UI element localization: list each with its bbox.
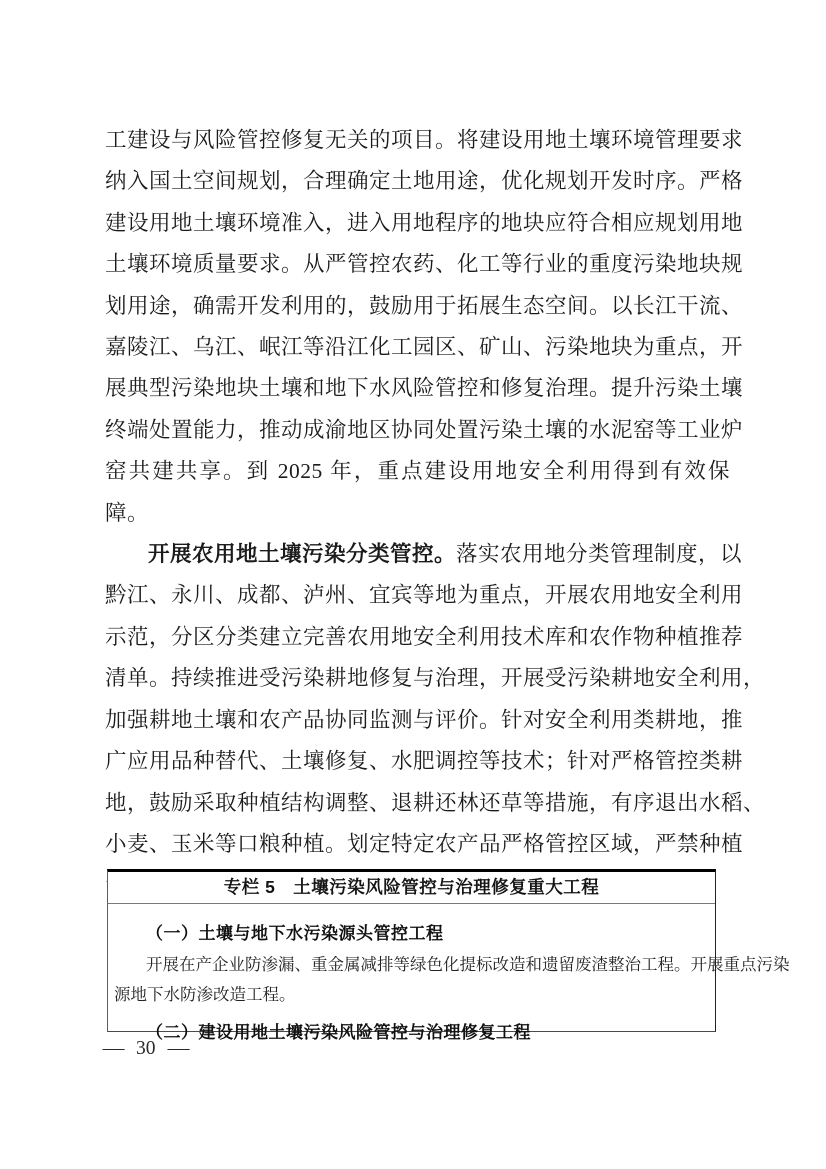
- paragraph-line: 土壤环境质量要求。从严管控农药、化工等行业的重度污染地块规: [105, 244, 730, 285]
- paragraph-line: 广应用品种替代、土壤修复、水肥调控等技术；针对严格管控类耕: [105, 741, 730, 782]
- document-page: 工建设与风险管控修复无关的项目。将建设用地土壤环境管理要求 纳入国土空间规划，合…: [0, 0, 826, 1169]
- paragraph-line: 窑共建共享。到 2025 年，重点建设用地安全利用得到有效保障。: [105, 451, 730, 534]
- paragraph-lead-bold: 开展农用地土壤污染分类管控。: [148, 542, 456, 566]
- footer-right-dash: —: [167, 1038, 189, 1060]
- paragraph-2: 开展农用地土壤污染分类管控。落实农用地分类管理制度，以 黔江、永川、成都、泸州、…: [105, 534, 730, 907]
- paragraph-line: 开展农用地土壤污染分类管控。落实农用地分类管理制度，以: [105, 534, 730, 575]
- paragraph-line: 嘉陵江、乌江、岷江等沿江化工园区、矿山、污染地块为重点，开: [105, 327, 730, 368]
- main-text-block: 工建设与风险管控修复无关的项目。将建设用地土壤环境管理要求 纳入国土空间规划，合…: [105, 120, 730, 907]
- callout-paragraph-line: 开展在产企业防渗漏、重金属减排等绿色化提标改造和遗留废渣整治工程。开展重点污染: [114, 950, 707, 980]
- paragraph-line: 清单。持续推进受污染耕地修复与治理，开展受污染耕地安全利用，: [105, 658, 730, 699]
- paragraph-line: 小麦、玉米等口粮种植。划定特定农产品严格管控区域，严禁种植: [105, 824, 730, 865]
- callout-section-1-heading: （一）土壤与地下水污染源头管控工程: [114, 919, 707, 944]
- page-number: 30: [136, 1038, 156, 1060]
- paragraph-line: 展典型污染地块土壤和地下水风险管控和修复治理。提升污染土壤: [105, 368, 730, 409]
- callout-section-2-heading: （二）建设用地土壤污染风险管控与治理修复工程: [114, 1018, 707, 1043]
- paragraph-line: 建设用地土壤环境准入，进入用地程序的地块应符合相应规划用地: [105, 203, 730, 244]
- paragraph-line: 示范，分区分类建立完善农用地安全利用技术库和农作物种植推荐: [105, 617, 730, 658]
- paragraph-1: 工建设与风险管控修复无关的项目。将建设用地土壤环境管理要求 纳入国土空间规划，合…: [105, 120, 730, 534]
- paragraph-line: 地，鼓励采取种植结构调整、退耕还林还草等措施，有序退出水稻、: [105, 783, 730, 824]
- callout-box-title: 专栏 5 土壤污染风险管控与治理修复重大工程: [108, 872, 715, 904]
- callout-section-1-paragraph: 开展在产企业防渗漏、重金属减排等绿色化提标改造和遗留废渣整治工程。开展重点污染 …: [114, 950, 707, 1010]
- paragraph-line: 工建设与风险管控修复无关的项目。将建设用地土壤环境管理要求: [105, 120, 730, 161]
- paragraph-line: 纳入国土空间规划，合理确定土地用途，优化规划开发时序。严格: [105, 161, 730, 202]
- footer-left-dash: —: [103, 1038, 125, 1060]
- callout-box-zhuanlan-5: 专栏 5 土壤污染风险管控与治理修复重大工程 （一）土壤与地下水污染源头管控工程…: [107, 869, 716, 1032]
- callout-paragraph-line: 源地下水防渗改造工程。: [114, 980, 707, 1010]
- paragraph-line: 黔江、永川、成都、泸州、宜宾等地为重点，开展农用地安全利用: [105, 575, 730, 616]
- callout-box-body: （一）土壤与地下水污染源头管控工程 开展在产企业防渗漏、重金属减排等绿色化提标改…: [108, 919, 715, 1043]
- paragraph-line: 加强耕地土壤和农产品协同监测与评价。针对安全利用类耕地，推: [105, 700, 730, 741]
- paragraph-lead-rest: 落实农用地分类管理制度，以: [456, 542, 742, 566]
- paragraph-line: 划用途，确需开发利用的，鼓励用于拓展生态空间。以长江干流、: [105, 286, 730, 327]
- paragraph-line: 终端处置能力，推动成渝地区协同处置污染土壤的水泥窑等工业炉: [105, 410, 730, 451]
- page-footer: — 30 —: [104, 1038, 188, 1060]
